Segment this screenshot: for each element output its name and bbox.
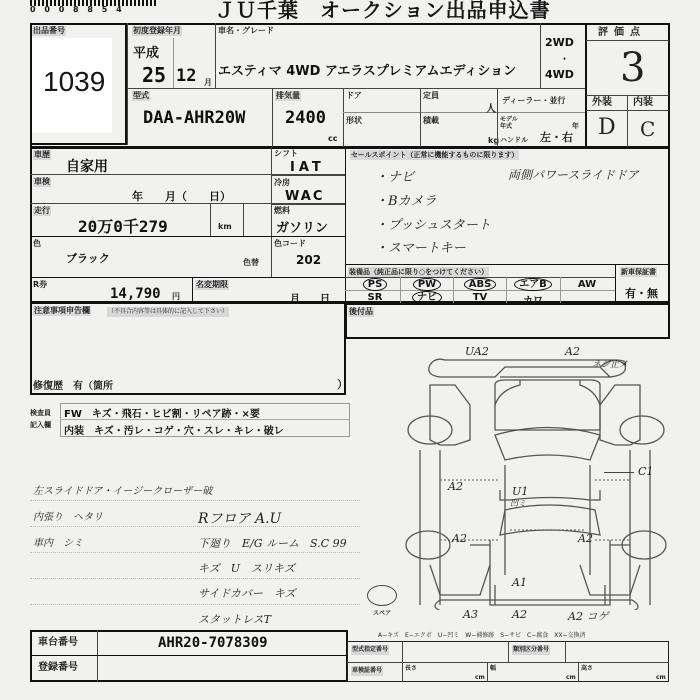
history-value: 自家用 (66, 156, 108, 176)
sales-point-4: ・スマートキー (375, 237, 466, 256)
warranty-label: 新車保証書 (620, 267, 657, 277)
mark-bumper-center: A2 (512, 608, 527, 621)
sales-point-3: ・プッシュスタート (375, 214, 491, 233)
aircon-value: WAC (285, 189, 324, 204)
note-right-4: サイドカバー キズ (198, 585, 296, 601)
accessories-label: 後付品 (348, 307, 374, 317)
mark-c1: C1 (638, 465, 653, 478)
equip-ps[interactable]: PS (352, 278, 398, 291)
mark-front-left: UA2 (465, 345, 489, 358)
color-code: 202 (296, 253, 321, 267)
mark-bumper-left: A3 (463, 608, 478, 621)
lot-number: 1039 (43, 66, 105, 98)
handle-label: ハンドル (500, 135, 528, 145)
form-title: ＪＵ千葉 オークション出品申込書 (215, 0, 551, 20)
mark-rear: A1 (512, 576, 527, 589)
warranty-value[interactable]: 有・無 (625, 285, 658, 301)
inspector-interior: 内装 キズ・汚レ・コゲ・穴・スレ・キレ・破レ (64, 422, 284, 437)
equip-pw[interactable]: PW (404, 278, 450, 291)
drive-sep: ・ (560, 52, 569, 65)
damage-legend: A−キズ E−エクボ U−凹ミ W−補修跡 S−サビ C−腐食 XX−交換済 (378, 631, 586, 641)
note-left-2: 内張り ヘタリ (33, 508, 103, 523)
equip-abs[interactable]: ABS (457, 278, 503, 291)
interior-score: C (640, 117, 655, 141)
color-value: ブラック (66, 250, 110, 266)
handle-value: 左・右 (540, 133, 573, 143)
chassis-label: 車台番号 (38, 638, 78, 648)
note-right-3: キズ U スリキズ (198, 560, 295, 576)
model-code: DAA-AHR20W (143, 108, 245, 128)
car-name-label: 車名・グレード (218, 26, 274, 36)
displacement: 2400 (285, 108, 326, 128)
sales-points-label: セールスポイント（正常に機能するものに限ります） (350, 150, 519, 160)
fuel-value: ガソリン (276, 217, 328, 236)
mark-roof: U1 (512, 485, 528, 498)
reg-year: 25 (142, 63, 166, 87)
sales-point-right: 両側パワースライドドア (508, 166, 639, 183)
exterior-label: 外装 (592, 98, 612, 108)
drive-2wd: 2WD (545, 36, 574, 49)
note-right-5: スタットレスT (198, 611, 271, 627)
type-designation-label: 型式指定番号 (351, 645, 389, 655)
mark-bumper-right: A2 コゲ (568, 608, 608, 624)
equip-tv[interactable]: TV (457, 292, 503, 303)
spare-tire-icon (367, 585, 397, 606)
car-name: エスティマ 4WD アエラスプレミアムエディション (218, 60, 516, 79)
equip-aw[interactable]: AW (564, 279, 610, 290)
equipment-label: 装備品（純正品に限り○をつけてください） (348, 267, 489, 277)
interior-label: 内装 (633, 98, 653, 108)
drive-4wd: 4WD (545, 68, 574, 81)
inspector-fw: FW キズ・飛石・ヒビ割・リペア跡・×要 (64, 405, 260, 420)
era: 平成 (133, 42, 159, 61)
first-reg-label: 初度登録年月 (132, 26, 182, 36)
model-label: 型式 (132, 91, 150, 101)
score-label: 評価点 (598, 28, 646, 38)
mark-rear-right: A2 (578, 532, 593, 545)
sales-point-2: ・Bカメラ (375, 190, 437, 209)
displacement-label: 排気量 (275, 91, 301, 101)
exterior-score: D (598, 115, 616, 140)
category-label: 類別区分番号 (512, 645, 550, 655)
lot-label: 出品番号 (32, 26, 66, 36)
equip-airbag[interactable]: エアB (510, 278, 556, 291)
note-left-1: 左スライドドア・イージークローザー破 (33, 482, 212, 497)
mark-front-right: A2 (565, 345, 580, 358)
mark-roof-note: 凹ミ (510, 498, 526, 509)
reg-month: 12 (176, 66, 196, 86)
notes-label: 注意事項申告欄 (33, 306, 91, 316)
note-right-2: 下廻り E/G ルーム S.C 99 (198, 535, 347, 551)
mark-screw: ネジ止メ (592, 357, 628, 370)
score-value: 3 (620, 45, 645, 91)
shift-value: IAT (290, 160, 325, 175)
registration-number[interactable] (100, 658, 345, 680)
mark-rear-left: A2 (452, 532, 467, 545)
note-right-1: Rフロア A.U (198, 508, 281, 528)
mark-left-door: A2 (448, 480, 463, 493)
mileage-value: 20万0千279 (78, 214, 168, 237)
note-left-3: 車内 シミ (33, 534, 83, 549)
car-diagram-rear[interactable] (400, 490, 670, 610)
chassis-number: AHR20-7078309 (158, 635, 268, 651)
inspection-date: 年 月（ 日） (132, 188, 231, 204)
registration-label: 登録番号 (38, 663, 78, 673)
recycle-fee: 14,790 (110, 286, 161, 302)
barcode: 0 0 0 8 8 5 4 (30, 0, 158, 14)
vehicle-reg-label: 車検証番号 (351, 666, 383, 676)
repair-history: 修復歴 有（箇所 (33, 382, 113, 392)
accessories-box (345, 303, 670, 339)
equip-sr[interactable]: SR (352, 292, 398, 303)
sales-point-1: ・ナビ (375, 166, 414, 185)
